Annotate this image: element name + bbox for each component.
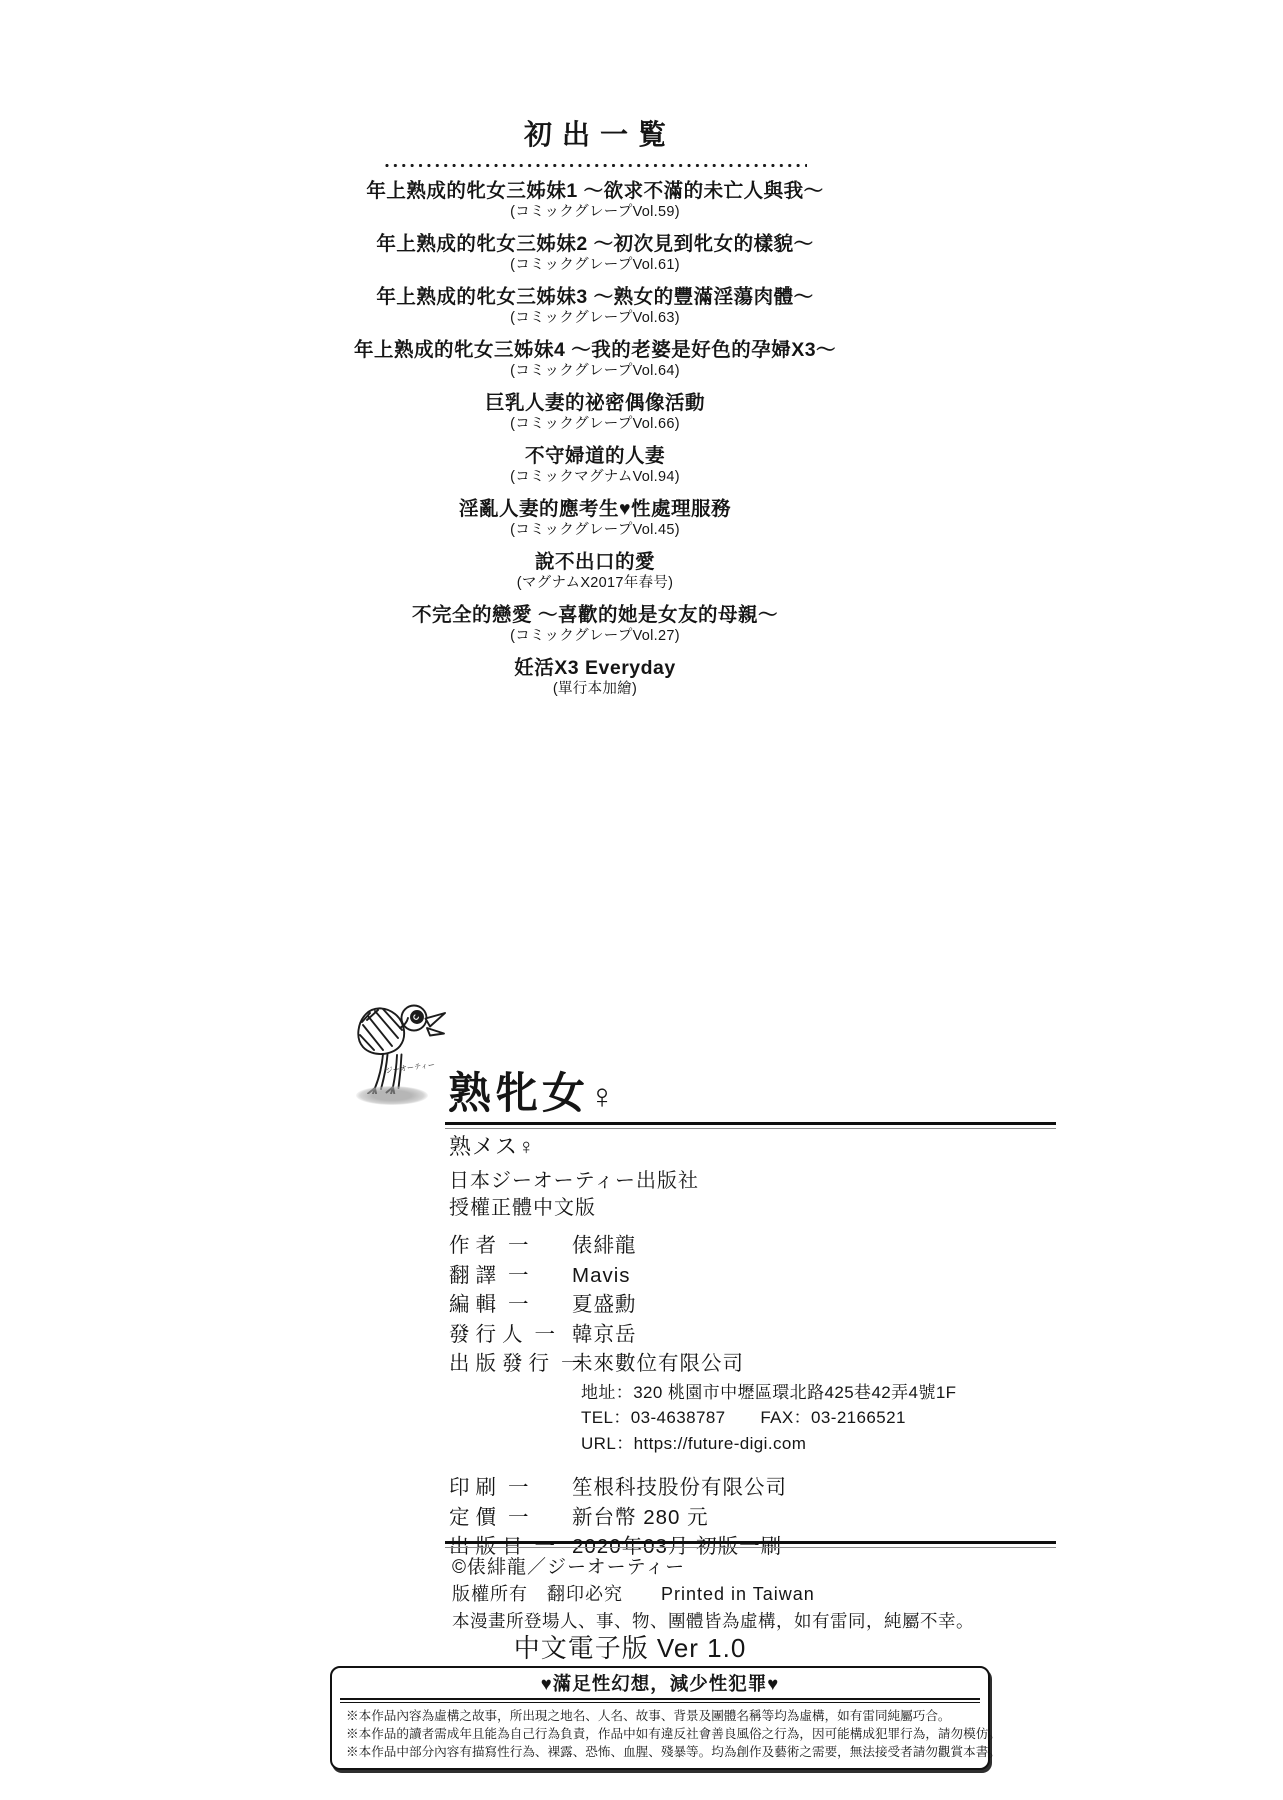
spacer [449,1464,1069,1473]
notice-box: ♥滿足性幻想，減少性犯罪♥ ※本作品內容為虛構之故事，所出現之地名、人名、故事、… [330,1666,990,1770]
credit-value: 韓京岳 [572,1320,637,1350]
bottom-divider [445,1541,1056,1548]
rights-line: 版權所有 翻印必究 Printed in Taiwan [452,1581,1072,1608]
chapter-title: 妊活X3 Everyday [340,656,850,680]
chapter-source: (コミックグレープVol.63) [340,309,850,327]
list-item: 年上熟成的牝女三姊妹1 ～欲求不滿的未亡人與我～ (コミックグレープVol.59… [340,179,850,221]
credit-label: 印刷 [449,1476,502,1499]
book-title-text: 熟牝女 [448,1070,589,1118]
credit-row-price: 定價一新台幣 280 元 [449,1503,1069,1533]
list-item: 不完全的戀愛 ～喜歡的她是女友的母親～ (コミックグレープVol.27) [340,603,850,645]
list-item: 不守婦道的人妻 (コミックマグナムVol.94) [340,444,850,486]
chapter-title: 年上熟成的牝女三姊妹3 ～熟女的豐滿淫蕩肉體～ [340,285,850,309]
chapter-source: (コミックマグナムVol.94) [340,468,850,486]
chapter-title: 年上熟成的牝女三姊妹1 ～欲求不滿的未亡人與我～ [340,179,850,203]
chapter-source: (コミックグレープVol.45) [340,521,850,539]
chapter-title: 不完全的戀愛 ～喜歡的她是女友的母親～ [340,603,850,627]
chapter-title: 年上熟成的牝女三姊妹2 ～初次見到牝女的樣貌～ [340,232,850,256]
chapter-title: 年上熟成的牝女三姊妹4 ～我的老婆是好色的孕婦X3～ [340,338,850,362]
credit-dash: 一 [508,1293,529,1316]
credit-row-author: 作者一俵緋龍 [449,1231,1069,1261]
list-item: 妊活X3 Everyday (單行本加繪) [340,656,850,698]
chapter-title: 不守婦道的人妻 [340,444,850,468]
chapter-title: 說不出口的愛 [340,550,850,574]
credit-dash: 一 [535,1323,556,1346]
credit-value: 夏盛勳 [572,1290,637,1320]
logo-label: ジーオーティー [385,1060,435,1075]
credit-value: 俵緋龍 [572,1231,637,1261]
credit-value: Mavis [572,1261,631,1291]
credit-dash: 一 [508,1476,529,1499]
copyright-line: ©俵緋龍／ジーオーティー [452,1554,1072,1581]
credit-row-translator: 翻譯一Mavis [449,1261,1069,1291]
title-divider [445,1122,1056,1129]
credit-value: 新台幣 280 元 [572,1503,709,1533]
notice-line: ※本作品的讀者需成年且能為自己行為負責，作品中如有違反社會善良風俗之行為，因可能… [346,1725,988,1743]
colophon-page: 初出一覧 年上熟成的牝女三姊妹1 ～欲求不滿的未亡人與我～ (コミックグレープV… [0,0,1283,1800]
chapter-source: (コミックグレープVol.66) [340,415,850,433]
credit-label: 編輯 [449,1293,502,1316]
book-title: 熟牝女♀ [448,1070,615,1121]
publisher-japan: 日本ジーオーティー出版社 [449,1168,1069,1195]
female-symbol: ♀ [589,1077,615,1116]
fiction-note: 本漫畫所登場人、事、物、團體皆為虛構，如有雷同，純屬不幸。 [452,1608,1072,1634]
publisher-address: 地址：320 桃園市中壢區環北路425巷42弄4號1F [581,1380,1069,1406]
credit-label: 發行人 [449,1323,529,1346]
notice-divider [340,1698,980,1703]
credit-value: 未來數位有限公司 [572,1349,744,1379]
publisher-bird-logo: ジーオーティー [350,998,454,1094]
chapter-source: (コミックグレープVol.61) [340,256,850,274]
credit-row-editor: 編輯一夏盛勳 [449,1290,1069,1320]
chapter-title: 巨乳人妻的祕密偶像活動 [340,391,850,415]
chapter-source: (マグナムX2017年春号) [340,574,850,592]
chapter-source: (コミックグレープVol.59) [340,203,850,221]
publisher-tel-fax: TEL：03-4638787 FAX：03-2166521 [581,1405,1069,1431]
credit-row-publisher: 出版發行一未來數位有限公司 [449,1349,1069,1379]
list-item: 淫亂人妻的應考生♥性處理服務 (コミックグレープVol.45) [340,497,850,539]
license-note: 授權正體中文版 [449,1195,1069,1222]
publisher-url: URL：https://future-digi.com [581,1431,1069,1457]
credit-row-printer: 印刷一笙根科技股份有限公司 [449,1473,1069,1503]
credit-label: 作者 [449,1234,502,1257]
credit-label: 定價 [449,1506,502,1529]
notice-line: ※本作品內容為虛構之故事，所出現之地名、人名、故事、背景及團體名稱等均為虛構，如… [346,1707,988,1725]
list-item: 年上熟成的牝女三姊妹3 ～熟女的豐滿淫蕩肉體～ (コミックグレープVol.63) [340,285,850,327]
list-item: 巨乳人妻的祕密偶像活動 (コミックグレープVol.66) [340,391,850,433]
section-title: 初出一覧 [340,118,850,152]
logo-shadow [356,1086,428,1105]
book-title-japanese: 熟メス♀ [449,1133,536,1161]
notice-line: ※本作品中部分內容有描寫性行為、裸露、恐怖、血腥、殘暴等。均為創作及藝術之需要，… [346,1743,988,1761]
list-item: 年上熟成的牝女三姊妹4 ～我的老婆是好色的孕婦X3～ (コミックグレープVol.… [340,338,850,380]
publisher-details: 地址：320 桃園市中壢區環北路425巷42弄4號1F TEL：03-46387… [581,1380,1069,1457]
copyright-block: ©俵緋龍／ジーオーティー 版權所有 翻印必究 Printed in Taiwan… [452,1554,1072,1634]
chapter-title: 淫亂人妻的應考生♥性處理服務 [340,497,850,521]
credit-dash: 一 [508,1234,529,1257]
bird-icon: ジーオーティー [350,998,454,1094]
credit-label: 出版發行 [449,1352,555,1375]
chapter-source: (コミックグレープVol.27) [340,627,850,645]
credit-dash: 一 [508,1506,529,1529]
chapter-source: (コミックグレープVol.64) [340,362,850,380]
chapter-source: (單行本加繪) [340,680,850,698]
credit-value: 笙根科技股份有限公司 [572,1473,787,1503]
credits-list: 作者一俵緋龍 翻譯一Mavis 編輯一夏盛勳 發行人一韓京岳 出版發行一未來數位… [449,1231,1069,1562]
list-item: 說不出口的愛 (マグナムX2017年春号) [340,550,850,592]
edition-label: 中文電子版 Ver 1.0 [302,1632,958,1664]
first-publication-section: 初出一覧 年上熟成的牝女三姊妹1 ～欲求不滿的未亡人與我～ (コミックグレープV… [340,118,850,698]
credit-dash: 一 [508,1264,529,1287]
credit-row-issuer: 發行人一韓京岳 [449,1320,1069,1350]
notice-header: ♥滿足性幻想，減少性犯罪♥ [332,1672,988,1696]
credit-label: 翻譯 [449,1264,502,1287]
list-item: 年上熟成的牝女三姊妹2 ～初次見到牝女的樣貌～ (コミックグレープVol.61) [340,232,850,274]
dotted-divider [383,163,807,168]
colophon-body: 日本ジーオーティー出版社 授權正體中文版 作者一俵緋龍 翻譯一Mavis 編輯一… [449,1168,1069,1562]
